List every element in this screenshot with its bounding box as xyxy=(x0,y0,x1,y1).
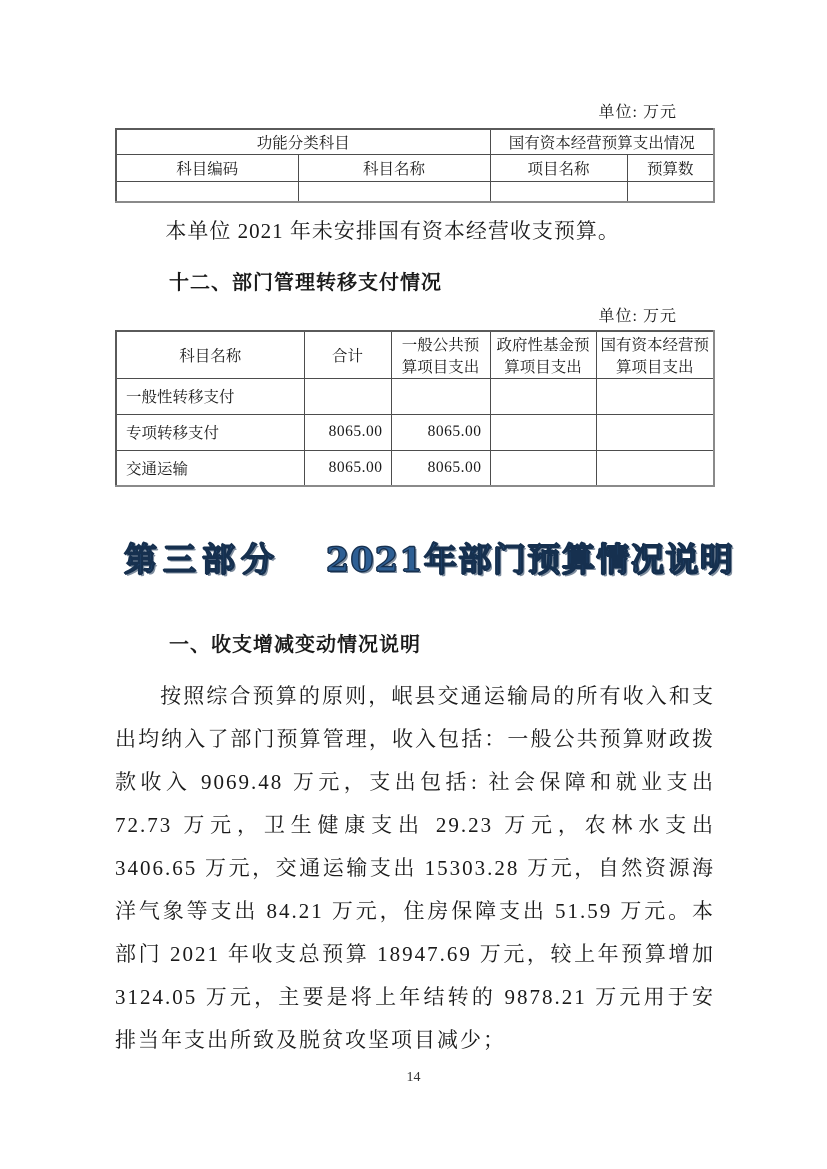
col-header-general-budget: 一般公共预 算项目支出 xyxy=(391,331,490,379)
col-header-total: 合计 xyxy=(304,331,391,379)
col-header-subject-name: 科目名称 xyxy=(298,155,490,182)
part-3-label: 第三部分 xyxy=(124,534,280,581)
document-page: 单位: 万元 功能分类科目 国有资本经营预算支出情况 科目编码 科目名称 项目名… xyxy=(0,0,827,1169)
table-cell xyxy=(596,414,714,450)
col-header-subject-code: 科目编码 xyxy=(116,155,298,182)
table-cell xyxy=(116,182,298,202)
unit-note-middle: 单位: 万元 xyxy=(115,303,715,326)
table-row: 交通运输 8065.00 8065.00 xyxy=(116,450,714,486)
soe-budget-table: 功能分类科目 国有资本经营预算支出情况 科目编码 科目名称 项目名称 预算数 xyxy=(115,128,715,203)
col-header-soe-budget: 国有资本经营预 算项目支出 xyxy=(596,331,714,379)
group-header-functional: 功能分类科目 xyxy=(116,129,490,155)
part-3-name: 2021年部门预算情况说明 xyxy=(326,534,734,581)
table-cell: 8065.00 xyxy=(304,450,391,486)
group-header-soe: 国有资本经营预算支出情况 xyxy=(490,129,714,155)
col-header-budget-amount: 预算数 xyxy=(627,155,714,182)
table-cell xyxy=(490,414,596,450)
table-cell: 8065.00 xyxy=(391,450,490,486)
table-cell: 一般性转移支付 xyxy=(116,378,304,414)
table-cell xyxy=(596,450,714,486)
table-cell xyxy=(298,182,490,202)
table-cell xyxy=(490,182,627,202)
budget-explanation-paragraph: 按照综合预算的原则，岷县交通运输局的所有收入和支出均纳入了部门预算管理，收入包括… xyxy=(115,675,715,1062)
part-3-title: 第三部分 2021年部门预算情况说明 xyxy=(115,534,715,581)
table-row: 专项转移支付 8065.00 8065.00 xyxy=(116,414,714,450)
page-content: 单位: 万元 功能分类科目 国有资本经营预算支出情况 科目编码 科目名称 项目名… xyxy=(115,0,715,1062)
section-12-heading: 十二、部门管理转移支付情况 xyxy=(169,266,715,295)
table-row: 功能分类科目 国有资本经营预算支出情况 xyxy=(116,129,714,155)
unit-note-top: 单位: 万元 xyxy=(115,99,715,122)
table-row xyxy=(116,182,714,202)
table-row: 一般性转移支付 xyxy=(116,378,714,414)
col-header-project-name: 项目名称 xyxy=(490,155,627,182)
col-header-subject-name: 科目名称 xyxy=(116,331,304,379)
col-header-gov-fund: 政府性基金预 算项目支出 xyxy=(490,331,596,379)
transfer-payment-table: 科目名称 合计 一般公共预 算项目支出 政府性基金预 算项目支出 国有资本经营预… xyxy=(115,330,715,488)
table-cell xyxy=(391,378,490,414)
table-row: 科目名称 合计 一般公共预 算项目支出 政府性基金预 算项目支出 国有资本经营预… xyxy=(116,331,714,379)
note-no-soe-budget: 本单位 2021 年未安排国有资本经营收支预算。 xyxy=(115,216,715,247)
table-cell: 交通运输 xyxy=(116,450,304,486)
table-cell xyxy=(596,378,714,414)
section-1-heading: 一、收支增减变动情况说明 xyxy=(169,628,715,657)
table-cell xyxy=(304,378,391,414)
table-cell: 8065.00 xyxy=(391,414,490,450)
page-number: 14 xyxy=(0,1070,827,1086)
table-cell xyxy=(490,450,596,486)
table-cell xyxy=(490,378,596,414)
table-cell: 8065.00 xyxy=(304,414,391,450)
table-cell xyxy=(627,182,714,202)
table-row: 科目编码 科目名称 项目名称 预算数 xyxy=(116,155,714,182)
table-cell: 专项转移支付 xyxy=(116,414,304,450)
